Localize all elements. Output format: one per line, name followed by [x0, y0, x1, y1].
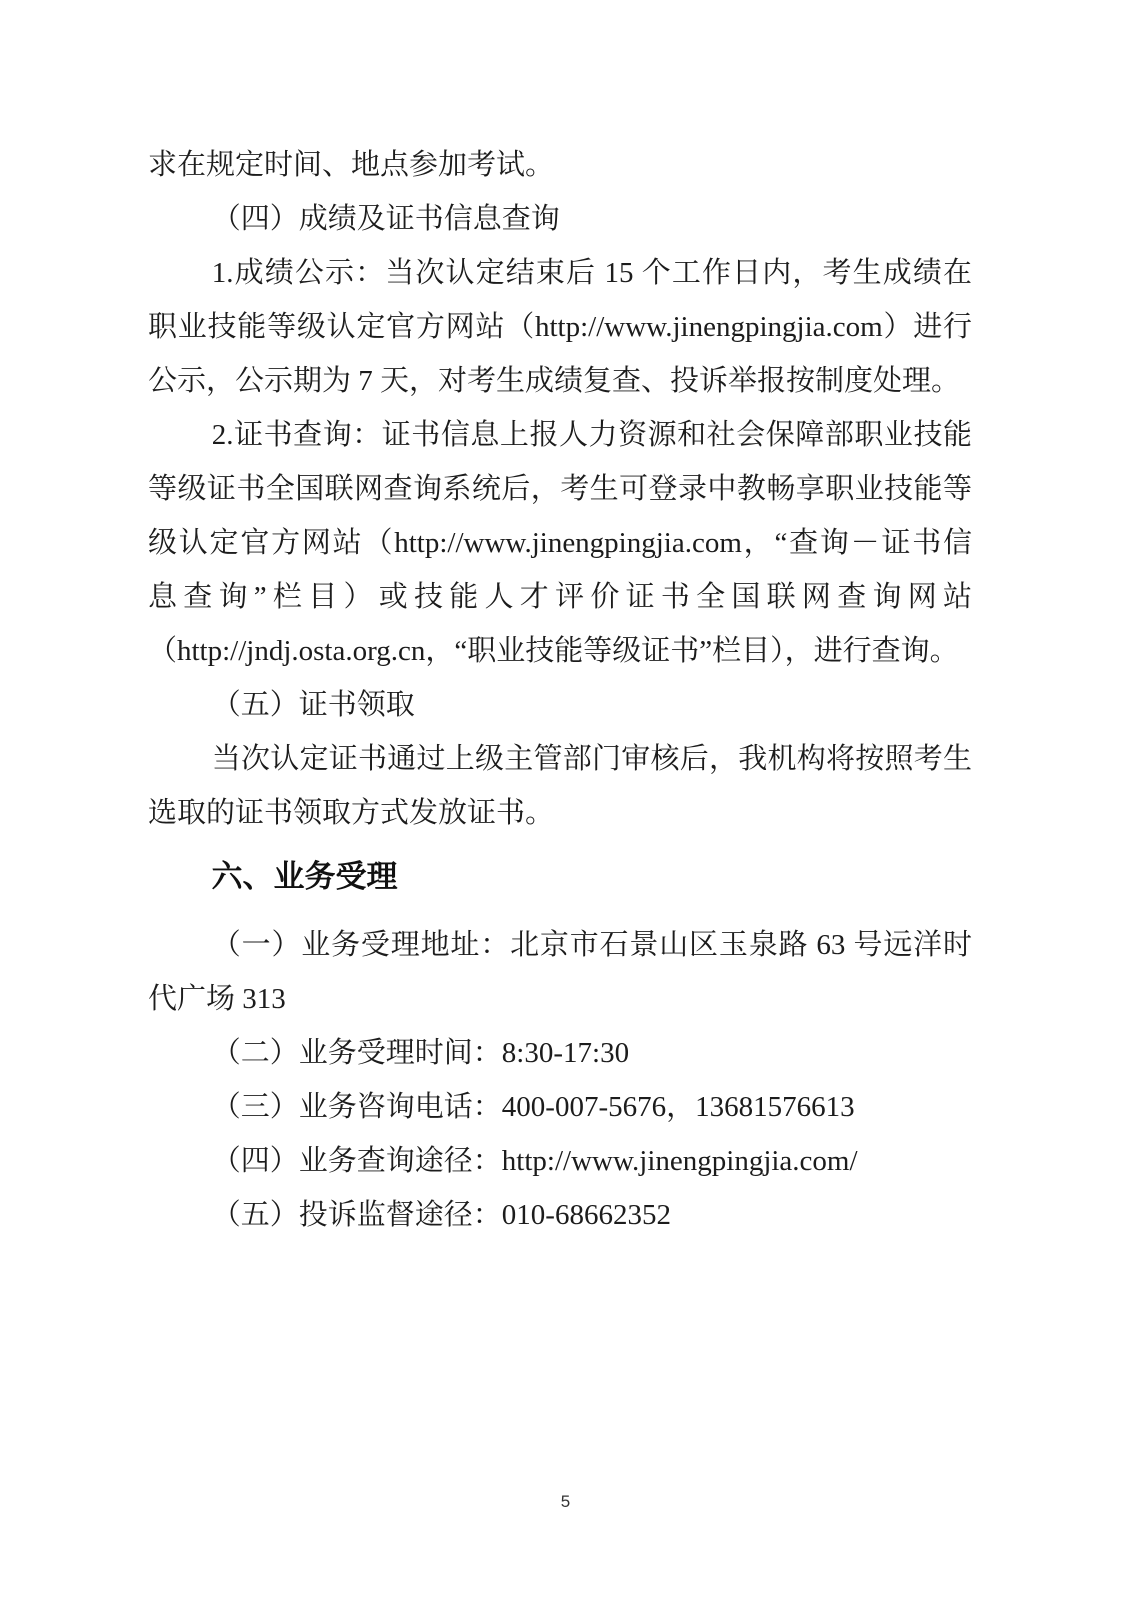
paragraph: 2.证书查询：证书信息上报人力资源和社会保障部职业技能等级证书全国联网查询系统后…: [148, 408, 972, 678]
document-page: 求在规定时间、地点参加考试。（四）成绩及证书信息查询1.成绩公示：当次认定结束后…: [0, 0, 1131, 1600]
paragraph: （三）业务咨询电话：400-007-5676，13681576613: [148, 1080, 972, 1134]
paragraph: 求在规定时间、地点参加考试。: [148, 138, 972, 192]
paragraph: （五）证书领取: [148, 678, 972, 732]
paragraph: （四）业务查询途径：http://www.jinengpingjia.com/: [148, 1134, 972, 1188]
paragraph: （五）投诉监督途径：010-68662352: [148, 1188, 972, 1242]
paragraph: （一）业务受理地址：北京市石景山区玉泉路 63 号远洋时代广场 313: [148, 918, 972, 1026]
paragraph: （二）业务受理时间：8:30-17:30: [148, 1026, 972, 1080]
section-heading: 六、业务受理: [148, 848, 972, 906]
paragraph: 当次认定证书通过上级主管部门审核后，我机构将按照考生选取的证书领取方式发放证书。: [148, 732, 972, 840]
paragraph: （四）成绩及证书信息查询: [148, 192, 972, 246]
paragraph: 1.成绩公示：当次认定结束后 15 个工作日内，考生成绩在职业技能等级认定官方网…: [148, 246, 972, 408]
document-body: 求在规定时间、地点参加考试。（四）成绩及证书信息查询1.成绩公示：当次认定结束后…: [148, 138, 972, 1242]
page-number: 5: [0, 1492, 1131, 1512]
